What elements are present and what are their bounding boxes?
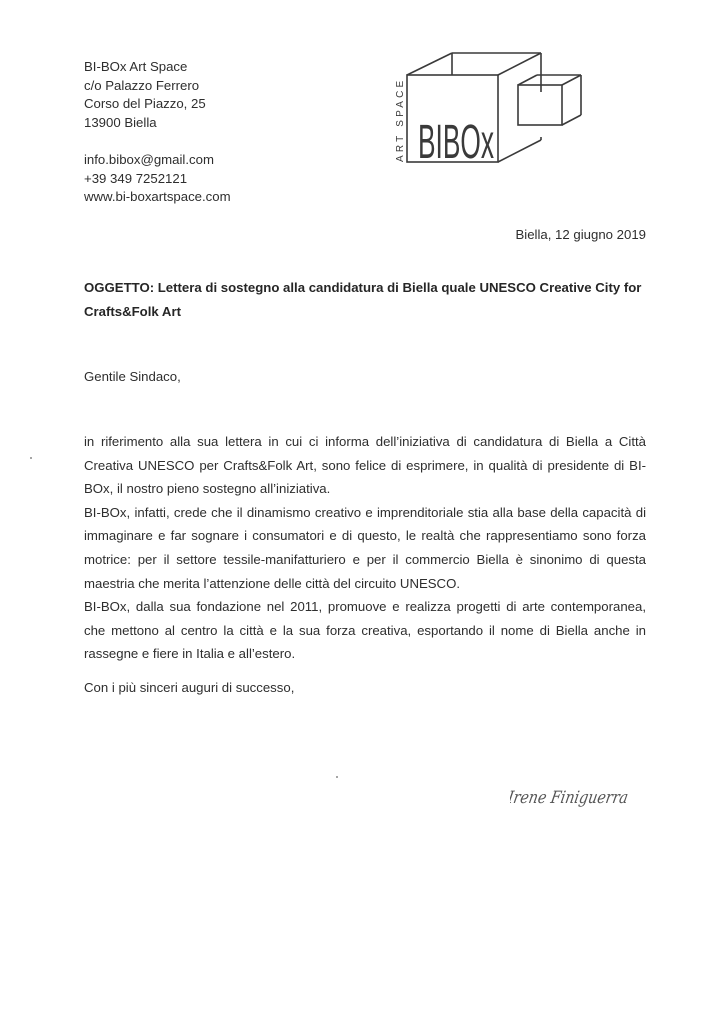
sender-spacer (84, 132, 231, 151)
body-paragraph: in riferimento alla sua lettera in cui c… (84, 430, 646, 501)
body-paragraph: BI-BOx, dalla sua fondazione nel 2011, p… (84, 595, 646, 666)
letter-closing: Con i più sinceri auguri di successo, (84, 680, 294, 695)
letter-page: BI-BOx Art Space c/o Palazzo Ferrero Cor… (0, 0, 724, 1024)
sender-address-line1: c/o Palazzo Ferrero (84, 77, 231, 96)
sender-name: BI-BOx Art Space (84, 58, 231, 77)
sender-city: 13900 Biella (84, 114, 231, 133)
sender-block: BI-BOx Art Space c/o Palazzo Ferrero Cor… (84, 58, 231, 207)
cube-logo-icon: BIBOx ART SPACE (385, 50, 595, 185)
handwritten-signature: Irene Finiguerra (510, 775, 640, 815)
logo-wordmark: BIBOx (418, 116, 494, 169)
bibox-logo: BIBOx ART SPACE (385, 50, 595, 185)
logo-tagline: ART SPACE (395, 78, 406, 162)
letter-subject: OGGETTO: Lettera di sostegno alla candid… (84, 276, 654, 324)
sender-website: www.bi-boxartspace.com (84, 188, 231, 207)
sender-address-line2: Corso del Piazzo, 25 (84, 95, 231, 114)
letter-date: Biella, 12 giugno 2019 (515, 227, 646, 242)
sender-phone: +39 349 7252121 (84, 170, 231, 189)
sender-email: info.bibox@gmail.com (84, 151, 231, 170)
letter-salutation: Gentile Sindaco, (84, 369, 181, 384)
scan-speck (336, 776, 338, 778)
signature-icon: Irene Finiguerra (510, 775, 640, 815)
scan-speck (30, 457, 32, 459)
signature-text: Irene Finiguerra (510, 788, 630, 808)
letter-body: in riferimento alla sua lettera in cui c… (84, 430, 646, 666)
body-paragraph: BI-BOx, infatti, crede che il dinamismo … (84, 501, 646, 595)
